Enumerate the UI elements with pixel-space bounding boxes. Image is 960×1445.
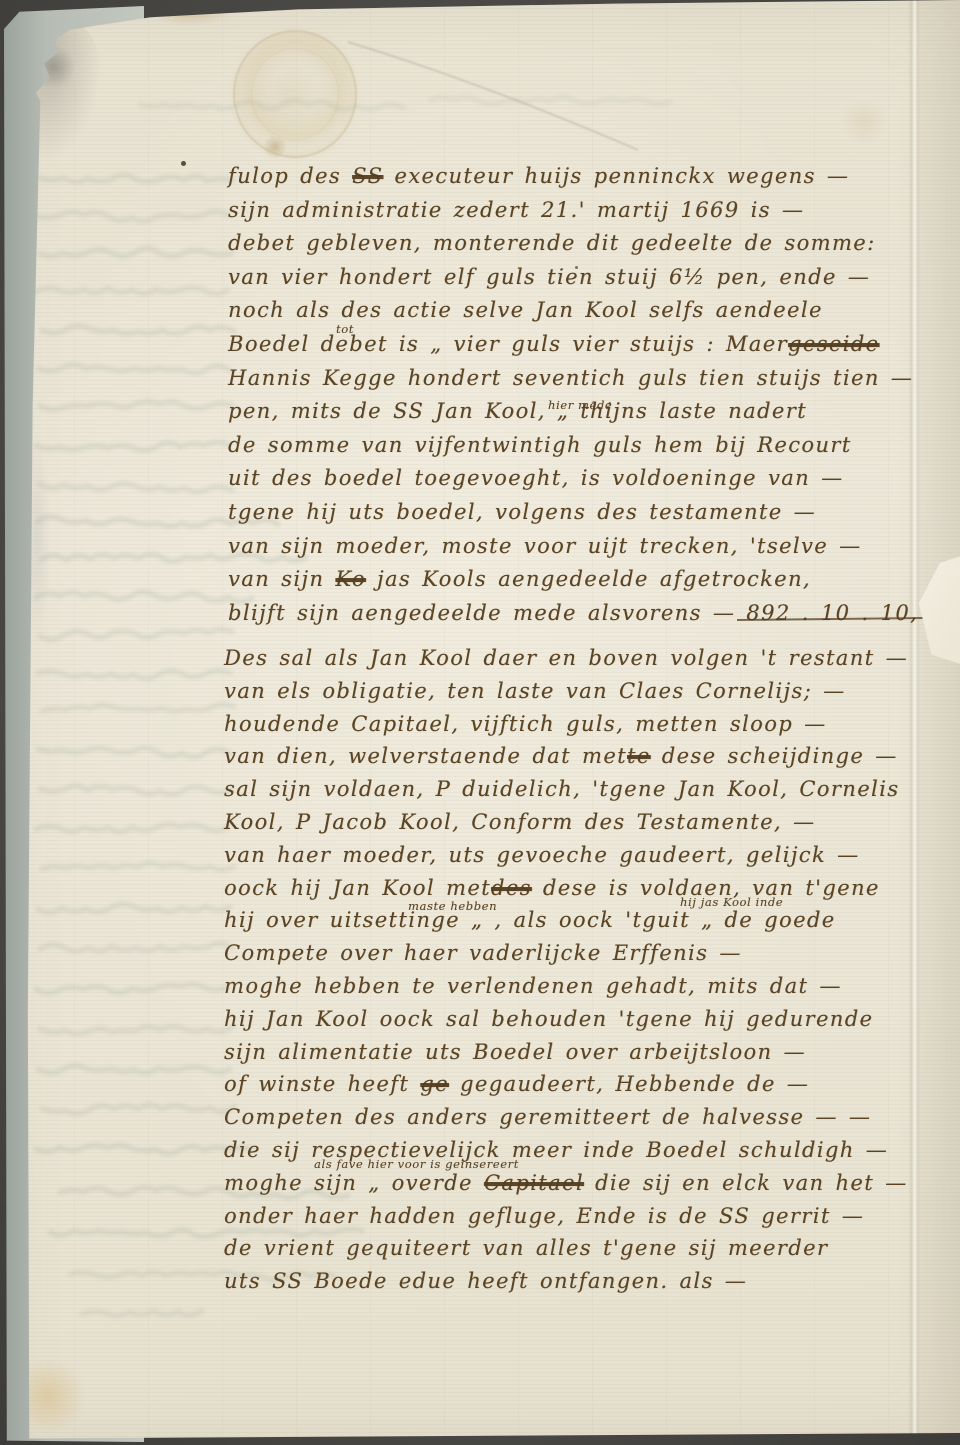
manuscript-line: van sijn moeder, moste voor uijt trecken… [228,530,940,564]
manuscript-line: van els obligatie, ten laste van Claes C… [224,675,940,708]
struck-out-word: des [491,876,532,900]
manuscript-line: hij Jan Kool oock sal behouden 'tgene hi… [224,1003,940,1036]
struck-out-word: SS [352,164,383,188]
ghost-showthrough-line [42,863,234,870]
manuscript-line: tgene hij uts boedel, volgens des testam… [228,496,940,530]
right-smudge [838,100,890,144]
ghost-showthrough-line [40,175,232,181]
manuscript-line: Compete over haer vaderlijcke Erffenis — [224,937,940,970]
ghost-showthrough-line [38,748,230,757]
manuscript-line: sijn administratie zedert 21.' martij 16… [228,194,940,228]
manuscript-line: debet gebleven, monterende dit gedeelte … [228,227,940,261]
interlinear-insertion: maste hebben [408,899,497,913]
manuscript-line: Boedel debet is „ vier guls vier stuijs … [228,328,940,362]
manuscript-line: fulop des SS executeur huijs penninckx w… [228,160,940,194]
struck-out-word: geseide [788,332,879,356]
manuscript-line: hij over uitsettinge „ , als oock 'tguit… [224,904,940,937]
manuscript-line: blijft sijn aengedeelde mede alsvorens —… [228,597,940,631]
ink-speck [181,161,186,166]
manuscript-line: Des sal als Jan Kool daer en boven volge… [224,642,940,675]
ghost-showthrough-line [36,288,228,294]
manuscript-page: fulop des SS executeur huijs penninckx w… [0,0,960,1445]
interlinear-insertion: hier mede [548,398,612,412]
manuscript-line: uts SS Boede edue heeft ontfangen. als — [224,1265,940,1298]
ghost-showthrough-line [38,1066,230,1073]
ghost-showthrough-line [38,670,230,678]
manuscript-line: moghe hebben te verlendenen gehadt, mits… [224,970,940,1003]
manuscript-line: sijn alimentatie uts Boedel over arbeijt… [224,1036,940,1069]
ghost-showthrough-line [40,943,232,951]
manuscript-line: moghe sijn „ overde Capitael die sij en … [224,1167,940,1200]
struck-out-word: te [627,744,651,768]
manuscript-line: Competen des anders geremitteert de halv… [224,1101,940,1134]
manuscript-line: uit des boedel toegevoeght, is voldoenin… [228,462,940,496]
struck-out-word: Ko [335,567,366,591]
manuscript-line: de somme van vijfentwintigh guls hem bij… [228,429,940,463]
ghost-showthrough-line [36,443,228,451]
manuscript-line: de vrient gequiteert van alles t'gene si… [224,1232,940,1265]
scratch-mark [348,42,638,150]
manuscript-line: oock hij Jan Kool metdes dese is voldaen… [224,872,940,905]
ghost-showthrough-line [36,1145,252,1153]
manuscript-line: van dien, welverstaende dat mette dese s… [224,740,940,773]
manuscript-line: of winste heeft ge gegaudeert, Hebbende … [224,1068,940,1101]
manuscript-line: Kool, P Jacob Kool, Conform des Testamen… [224,806,940,839]
manuscript-paragraph-1: fulop des SS executeur huijs penninckx w… [228,160,940,630]
interlinear-insertion: tot [336,322,354,336]
ghost-showthrough-line [40,630,232,640]
ghost-showthrough-line [36,984,228,993]
ghost-showthrough-line [40,786,232,794]
interlinear-insertion: als fave hier voor is geinsereert [314,1157,519,1171]
ghost-showthrough-line [40,1027,232,1034]
ghost-showthrough-line [430,97,670,104]
manuscript-line: sal sijn voldaen, P duidelich, 'tgene Ja… [224,773,940,806]
interlinear-insertion: hij jas Kool inde [680,895,783,909]
manuscript-line: houdende Capitael, vijftich guls, metten… [224,708,940,741]
ghost-showthrough-line [40,402,232,410]
ghost-showthrough-line [40,248,232,256]
manuscript-line: noch als des actie selve Jan Kool selfs … [228,294,940,328]
ghost-showthrough-line [38,904,230,912]
manuscript-line: onder haer hadden gefluge, Ende is de SS… [224,1200,940,1233]
ghost-showthrough-line [36,824,228,831]
ghost-showthrough-line [42,1105,234,1113]
ghost-showthrough-line [38,365,230,373]
ghost-showthrough-line [42,705,234,711]
ghost-showthrough-line [36,592,252,602]
manuscript-paragraph-2: Des sal als Jan Kool daer en boven volge… [224,642,940,1298]
struck-out-word: Capitael [484,1171,584,1195]
struck-out-word: ge [420,1072,449,1096]
manuscript-line: Hannis Kegge hondert seventich guls tien… [228,362,940,396]
manuscript-line: van haer moeder, uts gevoeche gaudeert, … [224,839,940,872]
ghost-showthrough-line [82,1310,202,1315]
embossed-seal [233,30,357,158]
ghost-showthrough-line [40,484,232,492]
ghost-showthrough-line [42,326,234,334]
embossed-seal-inner-ring [251,48,339,140]
manuscript-line: van vier hondert elf guls tien stuij 6½ … [228,261,940,295]
manuscript-line: van sijn Ko jas Kools aengedeelde afgetr… [228,563,940,597]
scan-background: { "manuscript": { "type": "Handwritten m… [0,0,960,1445]
ghost-showthrough-line [36,211,228,221]
